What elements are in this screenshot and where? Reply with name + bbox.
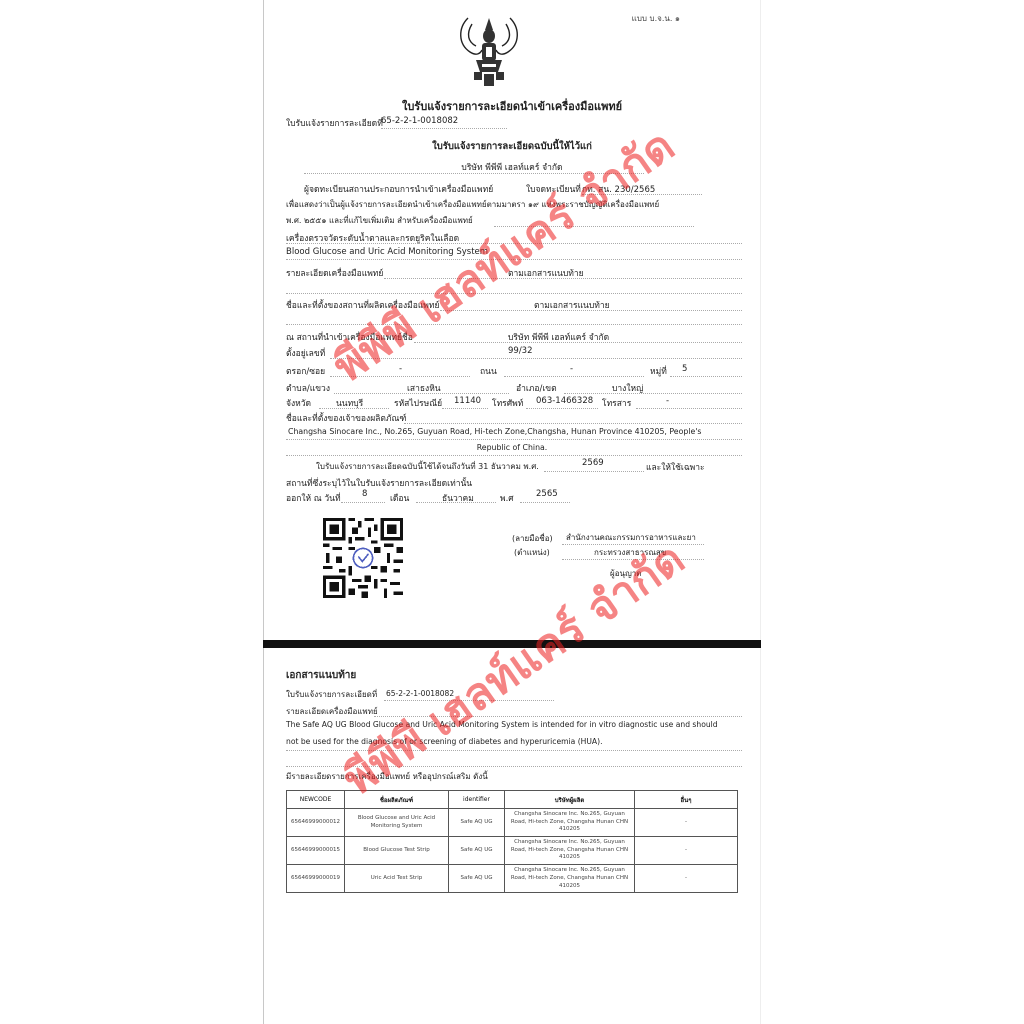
owner-address-line-1: Changsha Sinocare Inc., No.265, Guyuan R…	[288, 427, 701, 436]
intended-use-line-2: not be used for the diagnosis of or scre…	[286, 737, 603, 746]
device-detail-label: รายละเอียดเครื่องมือแพทย์	[286, 266, 383, 280]
import-site-label: ณ สถานที่นำเข้าเครื่องมือแพทย์ชื่อ	[286, 330, 413, 344]
license-label: ใบจดทะเบียนที่	[526, 182, 581, 196]
header-identifier: identifier	[449, 791, 505, 809]
address-no-label: ตั้งอยู่เลขที่	[286, 346, 325, 360]
soi-value: -	[399, 364, 402, 374]
receipt-no: 65-2-2-1-0018082	[381, 116, 458, 126]
valid-year: 2569	[582, 458, 604, 468]
postcode-value: 11140	[454, 396, 481, 406]
valid-suffix: และให้ใช้เฉพาะ	[646, 460, 705, 474]
moo-value: 5	[682, 364, 687, 374]
header-product-name: ชื่อผลิตภัณฑ์	[345, 791, 449, 809]
soi-label: ตรอก/ซอย	[286, 364, 325, 378]
cell-identifier: Safe AQ UG	[449, 837, 505, 865]
year-label: พ.ศ	[500, 491, 514, 505]
manufacturer-site-label: ชื่อและที่ตั้งของสถานที่ผลิตเครื่องมือแพ…	[286, 298, 439, 312]
moo-label: หมู่ที่	[650, 364, 667, 378]
issued-to-heading: ใบรับแจ้งรายการละเอียดฉบับนี้ให้ไว้แก่	[264, 139, 760, 154]
form-code: แบบ บ.จ.น. ๑	[632, 12, 680, 25]
qr-code-icon	[322, 518, 404, 598]
cell-other: -	[635, 809, 738, 837]
cell-other: -	[635, 865, 738, 893]
cell-manufacturer: Changsha Sinocare Inc. No.265, Guyuan Ro…	[505, 837, 635, 865]
statement-line-1: เพื่อแสดงว่าเป็นผู้แจ้งรายการละเอียดนำเข…	[286, 198, 659, 211]
statement-line-2: พ.ศ. ๒๕๕๑ และที่แก้ไขเพิ่มเติม สำหรับเคร…	[286, 214, 473, 227]
cell-product-name: Blood Glucose Test Strip	[345, 837, 449, 865]
cell-identifier: Safe AQ UG	[449, 865, 505, 893]
header-manufacturer: บริษัทผู้ผลิต	[505, 791, 635, 809]
attachment-receipt-no: 65-2-2-1-0018082	[386, 689, 454, 698]
header-newcode: NEWCODE	[287, 791, 345, 809]
table-row: 65646999000012 Blood Glucose and Uric Ac…	[287, 809, 738, 837]
position-label: (ตำแหน่ง)	[514, 546, 550, 559]
attachment-receipt-label: ใบรับแจ้งรายการละเอียดที่	[286, 688, 377, 701]
device-name-en: Blood Glucose and Uric Acid Monitoring S…	[286, 247, 488, 257]
district-label: อำเภอ/เขต	[516, 381, 557, 395]
certificate-page: แบบ บ.จ.น. ๑ ใบรับแจ้งรายการละเอียดนำเข้…	[263, 0, 761, 640]
road-label: ถนน	[480, 364, 497, 378]
attachment-device-detail-label: รายละเอียดเครื่องมือแพทย์	[286, 705, 378, 718]
position-value: กระทรวงสาธารณสุข	[594, 546, 666, 559]
signature-label: (ลายมือชื่อ)	[512, 532, 553, 545]
company-name: บริษัท พีพีพี เฮลท์แคร์ จำกัด	[264, 160, 760, 174]
document-title: ใบรับแจ้งรายการละเอียดนำเข้าเครื่องมือแพ…	[264, 97, 760, 115]
phone-label: โทรศัพท์	[492, 396, 523, 410]
phone-value: 063-1466328	[536, 396, 593, 406]
receipt-no-label: ใบรับแจ้งรายการละเอียดที่	[286, 116, 383, 130]
table-row: 65646999000015 Blood Glucose Test Strip …	[287, 837, 738, 865]
subdistrict-label: ตำบล/แขวง	[286, 381, 330, 395]
owner-label: ชื่อและที่ตั้งของเจ้าของผลิตภัณฑ์	[286, 411, 406, 425]
fax-value: -	[666, 396, 669, 406]
device-items-table: NEWCODE ชื่อผลิตภัณฑ์ identifier บริษัทผ…	[286, 790, 738, 893]
valid-line-2: สถานที่ซึ่งระบุไว้ในใบรับแจ้งรายการละเอี…	[286, 476, 472, 490]
valid-text: ใบรับแจ้งรายการละเอียดฉบับนี้ใช้ได้จนถึง…	[316, 460, 539, 473]
issued-day: 8	[362, 489, 367, 499]
table-header-row: NEWCODE ชื่อผลิตภัณฑ์ identifier บริษัทผ…	[287, 791, 738, 809]
attachment-heading: เอกสารแนบท้าย	[286, 668, 356, 683]
road-value: -	[570, 364, 573, 374]
postcode-label: รหัสไปรษณีย์	[394, 396, 442, 410]
cell-newcode: 65646999000012	[287, 809, 345, 837]
cell-newcode: 65646999000015	[287, 837, 345, 865]
cell-product-name: Uric Acid Test Strip	[345, 865, 449, 893]
cell-manufacturer: Changsha Sinocare Inc. No.265, Guyuan Ro…	[505, 809, 635, 837]
table-row: 65646999000019 Uric Acid Test Strip Safe…	[287, 865, 738, 893]
registrant-label: ผู้จดทะเบียนสถานประกอบการนำเข้าเครื่องมื…	[304, 182, 493, 196]
signature-value: สำนักงานคณะกรรมการอาหารและยา	[566, 531, 696, 544]
address-no: 99/32	[508, 346, 533, 356]
fax-label: โทรสาร	[602, 396, 631, 410]
attachment-page: เอกสารแนบท้าย ใบรับแจ้งรายการละเอียดที่ …	[263, 648, 761, 1024]
cell-identifier: Safe AQ UG	[449, 809, 505, 837]
province-label: จังหวัด	[286, 396, 311, 410]
cell-manufacturer: Changsha Sinocare Inc. No.265, Guyuan Ro…	[505, 865, 635, 893]
owner-address-line-2: Republic of China.	[264, 443, 760, 452]
header-other: อื่นๆ	[635, 791, 738, 809]
licensor-label: ผู้อนุญาต	[610, 567, 641, 580]
issued-year: 2565	[536, 489, 558, 499]
cell-other: -	[635, 837, 738, 865]
cell-newcode: 65646999000019	[287, 865, 345, 893]
issued-label: ออกให้ ณ วันที่	[286, 491, 341, 505]
item-list-label: มีรายละเอียดรายการเครื่องมือแพทย์ หรืออุ…	[286, 770, 488, 783]
intended-use-line-1: The Safe AQ UG Blood Glucose and Uric Ac…	[286, 720, 718, 729]
garuda-emblem-icon	[454, 14, 524, 88]
month-label: เดือน	[390, 491, 409, 505]
cell-product-name: Blood Glucose and Uric Acid Monitoring S…	[345, 809, 449, 837]
page-divider	[263, 640, 761, 648]
